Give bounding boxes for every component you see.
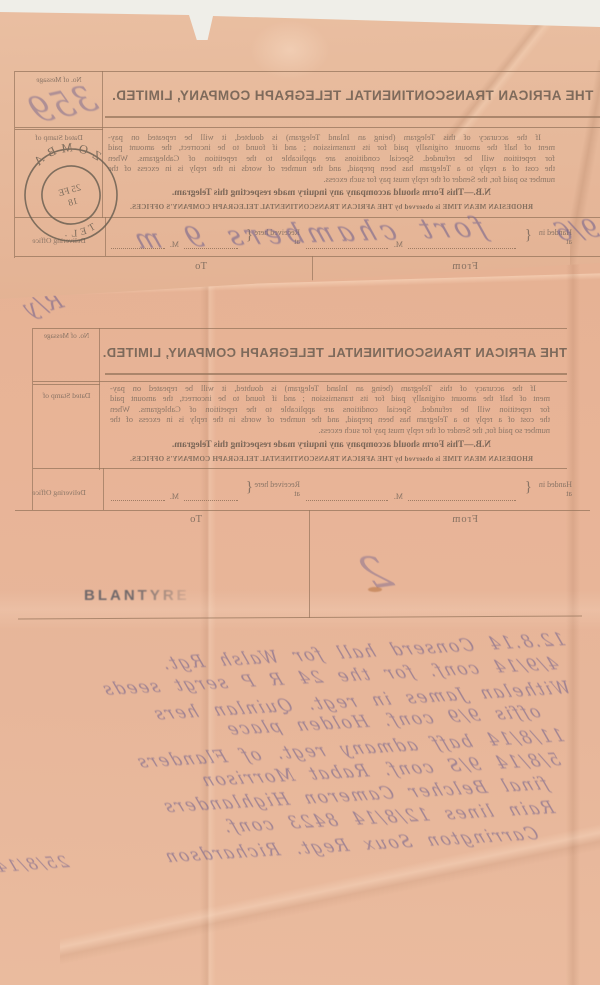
form-rule (103, 468, 104, 510)
message-area-rule (18, 616, 582, 620)
meridiem-label: M. (394, 492, 403, 501)
instructions-line: ment of half the amount originally paid … (108, 143, 555, 153)
instructions-line: If the accuracy of this Telegram (being … (110, 384, 550, 394)
message-number-label: No. of Message (17, 76, 101, 84)
nb-note: N.B.—This Form should accompany any inqu… (108, 188, 555, 198)
upper-telegram-sheet: THE AFRICAN TRANSCONTINENTAL TELEGRAPH C… (0, 0, 600, 312)
instructions-line: the cost of a reply to a Telegram has be… (110, 415, 550, 425)
from-label: From (451, 514, 478, 525)
form-rule (15, 127, 600, 128)
delivering-office-label: Delivering Office (16, 488, 102, 497)
form-rule (99, 328, 100, 470)
to-label: To (189, 514, 202, 525)
form-rule (15, 129, 103, 130)
handwritten-message-number: 359 (20, 78, 105, 132)
to-label: To (194, 261, 207, 272)
blantyre-receiving-stamp: BLANTYRE (84, 587, 190, 604)
instructions-line: ment of half the amount originally paid … (110, 394, 550, 404)
entry-line (408, 248, 516, 249)
nb-note: N.B.—This Form should accompany any inqu… (108, 440, 555, 450)
postmark-year: 18 (67, 197, 79, 209)
brace: { (525, 227, 532, 244)
entry-line (184, 500, 238, 501)
form-rule (15, 256, 600, 257)
from-label: From (451, 261, 478, 272)
zomba-postmark: ZOMBA TEL. 25 FE 18 (20, 142, 122, 253)
instructions-line: If the accuracy of this Telegram (being … (108, 133, 555, 143)
form-rule (33, 381, 567, 382)
meridiem-label: M. (170, 492, 179, 501)
instructions-paragraph: If the accuracy of this Telegram (being … (110, 384, 550, 436)
postmark-town: ZOMBA (24, 142, 106, 182)
instructions-line: the cost of a reply to a Telegram has be… (108, 164, 555, 174)
instructions-paragraph: If the accuracy of this Telegram (being … (108, 133, 555, 185)
from-to-divider (309, 510, 310, 618)
upper-form-mirrored-content: THE AFRICAN TRANSCONTINENTAL TELEGRAPH C… (0, 0, 600, 312)
received-label: Received here at (252, 480, 300, 498)
brace: { (525, 479, 532, 496)
header-underline (105, 116, 600, 118)
company-header: THE AFRICAN TRANSCONTINENTAL TELEGRAPH C… (105, 88, 600, 103)
form-rule (15, 510, 590, 511)
brace: { (246, 479, 253, 496)
form-rule (33, 328, 567, 329)
dated-stamp-label: Dated Stamp of (35, 391, 98, 400)
header-underline (105, 373, 567, 375)
dated-stamp-label: Dated Stamp of (17, 133, 101, 142)
instructions-line: for repetition will be refunded. Special… (110, 405, 550, 415)
company-header: THE AFRICAN TRANSCONTINENTAL TELEGRAPH C… (105, 345, 567, 360)
form-rule (33, 468, 567, 469)
lower-form-mirrored-content: THE AFRICAN TRANSCONTINENTAL TELEGRAPH C… (0, 260, 600, 985)
message-number-label: No. of Message (35, 332, 98, 340)
bleedthrough-line: Carrington Soux Regt. Richardson (160, 824, 541, 867)
entry-line (306, 500, 388, 501)
instructions-line: number so paid for, the Sender of the re… (110, 426, 550, 436)
instructions-line: for repetition will be refunded. Special… (108, 154, 555, 164)
mean-time-note: RHODESIAN MEAN TIME is observed by THE A… (103, 455, 560, 463)
form-rule (32, 328, 33, 510)
lower-telegram-sheet: THE AFRICAN TRANSCONTINENTAL TELEGRAPH C… (0, 260, 600, 985)
postmark-date: 25 FE (57, 183, 82, 199)
instructions-line: number so paid for, the Sender of the re… (108, 175, 555, 185)
handed-in-label: Handed in at (532, 480, 572, 498)
rust-spot (368, 587, 382, 592)
bleedthrough-line: 25/8/14 (0, 852, 72, 876)
mean-time-note: RHODESIAN MEAN TIME is observed by THE A… (103, 203, 560, 211)
entry-line (408, 500, 516, 501)
form-rule (14, 71, 15, 258)
svg-text:ZOMBA: ZOMBA (24, 142, 106, 182)
postmark-circle-icon: ZOMBA TEL. 25 FE 18 (20, 142, 122, 248)
entry-line (111, 500, 165, 501)
form-rule (33, 384, 100, 385)
